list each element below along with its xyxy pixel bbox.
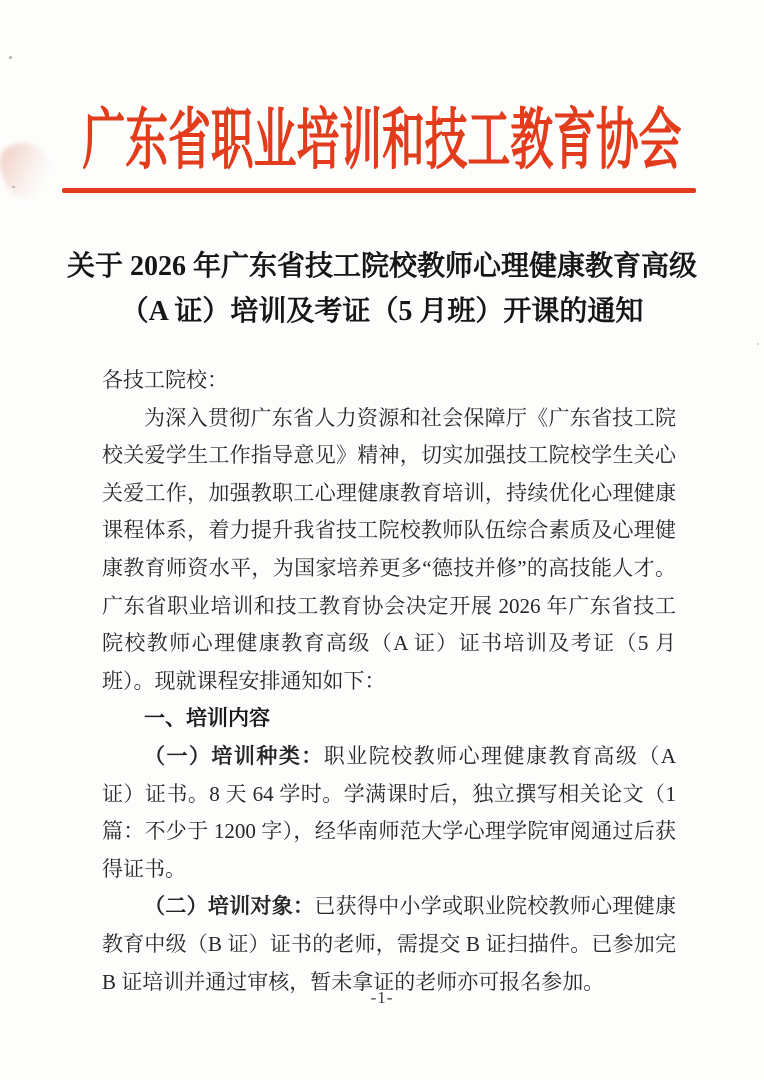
item-training-target: （二）培训对象：已获得中小学或职业院校教师心理健康教育中级（B 证）证书的老师，… xyxy=(102,888,676,1001)
letterhead-org-name: 广东省职业培训和技工教育协会 xyxy=(83,87,682,182)
salutation: 各技工院校： xyxy=(102,362,676,400)
page-number: -1- xyxy=(0,988,764,1008)
document-page: 广东省职业培训和技工教育协会 关于 2026 年广东省技工院校教师心理健康教育高… xyxy=(0,0,764,1080)
notice-title: 关于 2026 年广东省技工院校教师心理健康教育高级 （A 证）培训及考证（5 … xyxy=(0,244,764,334)
section-heading-training-content: 一、培训内容 xyxy=(102,700,676,738)
intro-paragraph: 为深入贯彻广东省人力资源和社会保障厅《广东省技工院校关爱学生工作指导意见》精神，… xyxy=(102,400,676,701)
notice-title-line-2: （A 证）培训及考证（5 月班）开课的通知 xyxy=(0,289,764,334)
letterhead-divider xyxy=(62,188,696,193)
notice-body: 各技工院校： 为深入贯彻广东省人力资源和社会保障厅《广东省技工院校关爱学生工作指… xyxy=(102,362,676,1001)
item-training-target-label: （二）培训对象： xyxy=(144,894,314,918)
scan-speck xyxy=(757,343,759,345)
item-training-type-label: （一）培训种类： xyxy=(144,744,324,768)
item-training-type: （一）培训种类：职业院校教师心理健康教育高级（A 证）证书。8 天 64 学时。… xyxy=(102,738,676,888)
notice-title-line-1: 关于 2026 年广东省技工院校教师心理健康教育高级 xyxy=(0,244,764,289)
scan-speck xyxy=(9,56,12,59)
letterhead: 广东省职业培训和技工教育协会 xyxy=(0,99,764,165)
scan-speck xyxy=(12,186,15,188)
